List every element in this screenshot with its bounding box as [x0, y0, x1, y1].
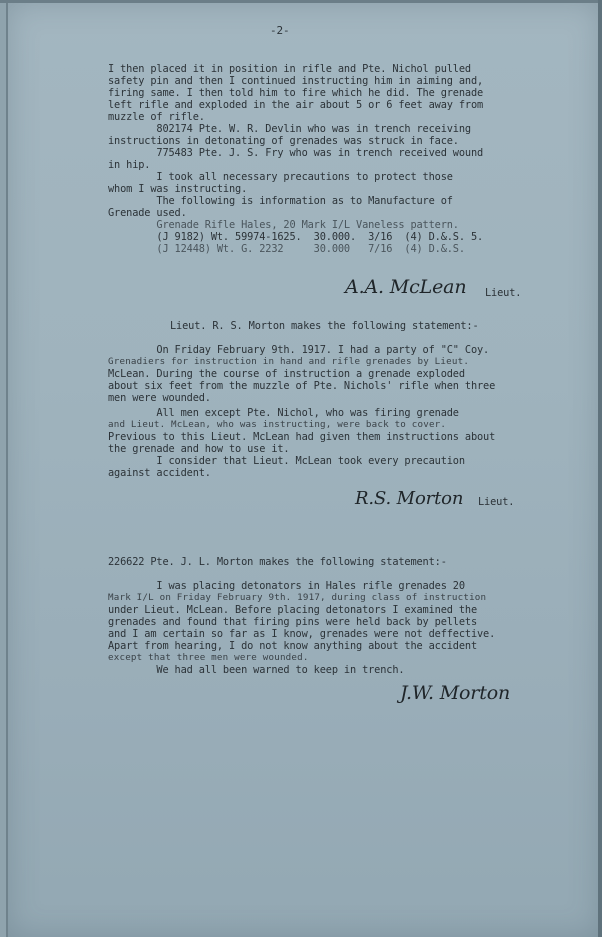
- text-line: Grenade Rifle Hales, 20 Mark I/L Vaneles…: [108, 219, 459, 231]
- text-line: muzzle of rifle.: [108, 111, 205, 123]
- text-line: (J 9182) Wt. 59974-1625. 30.000. 3/16 (4…: [108, 231, 483, 243]
- text-line: I was placing detonators in Hales rifle …: [108, 580, 465, 592]
- text-line: left rifle and exploded in the air about…: [108, 99, 483, 111]
- text-line: 802174 Pte. W. R. Devlin who was in tren…: [108, 123, 471, 135]
- text-line: I took all necessary precautions to prot…: [108, 171, 453, 183]
- text-line: On Friday February 9th. 1917. I had a pa…: [108, 344, 489, 356]
- rank-label: Lieut.: [485, 287, 521, 299]
- text-line: in hip.: [108, 159, 150, 171]
- text-line: except that three men were wounded.: [108, 652, 309, 664]
- text-line: and I am certain so far as I know, grena…: [108, 628, 495, 640]
- text-line: I consider that Lieut. McLean took every…: [108, 455, 465, 467]
- text-line: Grenade used.: [108, 207, 187, 219]
- text-line: I then placed it in position in rifle an…: [108, 63, 471, 75]
- text-line: the grenade and how to use it.: [108, 443, 289, 455]
- handwritten-signature: J.W. Morton: [400, 682, 510, 704]
- statement-heading: 226622 Pte. J. L. Morton makes the follo…: [108, 556, 447, 568]
- text-line: Mark I/L on Friday February 9th. 1917, d…: [108, 592, 486, 604]
- text-line: and Lieut. McLean, who was instructing, …: [108, 419, 446, 431]
- statement-heading: Lieut. R. S. Morton makes the following …: [170, 320, 479, 332]
- page-number: -2-: [270, 24, 289, 37]
- text-line: instructions in detonating of grenades w…: [108, 135, 459, 147]
- text-line: All men except Pte. Nichol, who was firi…: [108, 407, 459, 419]
- rank-label: Lieut.: [478, 496, 514, 508]
- text-line: Previous to this Lieut. McLean had given…: [108, 431, 495, 443]
- text-line: about six feet from the muzzle of Pte. N…: [108, 380, 495, 392]
- handwritten-signature: R.S. Morton: [355, 488, 463, 509]
- typewritten-document: -2- I then placed it in position in rifl…: [0, 0, 602, 937]
- text-line: under Lieut. McLean. Before placing deto…: [108, 604, 477, 616]
- handwritten-signature: A.A. McLean: [345, 276, 466, 298]
- text-line: (J 12448) Wt. G. 2232 30.000 7/16 (4) D.…: [108, 243, 465, 255]
- text-line: against accident.: [108, 467, 211, 479]
- text-line: Grenadiers for instruction in hand and r…: [108, 356, 469, 368]
- text-line: men were wounded.: [108, 392, 211, 404]
- text-line: McLean. During the course of instruction…: [108, 368, 465, 380]
- text-line: 775483 Pte. J. S. Fry who was in trench …: [108, 147, 483, 159]
- text-line: safety pin and then I continued instruct…: [108, 75, 483, 87]
- text-line: firing same. I then told him to fire whi…: [108, 87, 483, 99]
- text-line: Apart from hearing, I do not know anythi…: [108, 640, 477, 652]
- text-line: grenades and found that firing pins were…: [108, 616, 477, 628]
- text-line: whom I was instructing.: [108, 183, 247, 195]
- text-line: We had all been warned to keep in trench…: [108, 664, 404, 676]
- text-line: The following is information as to Manuf…: [108, 195, 453, 207]
